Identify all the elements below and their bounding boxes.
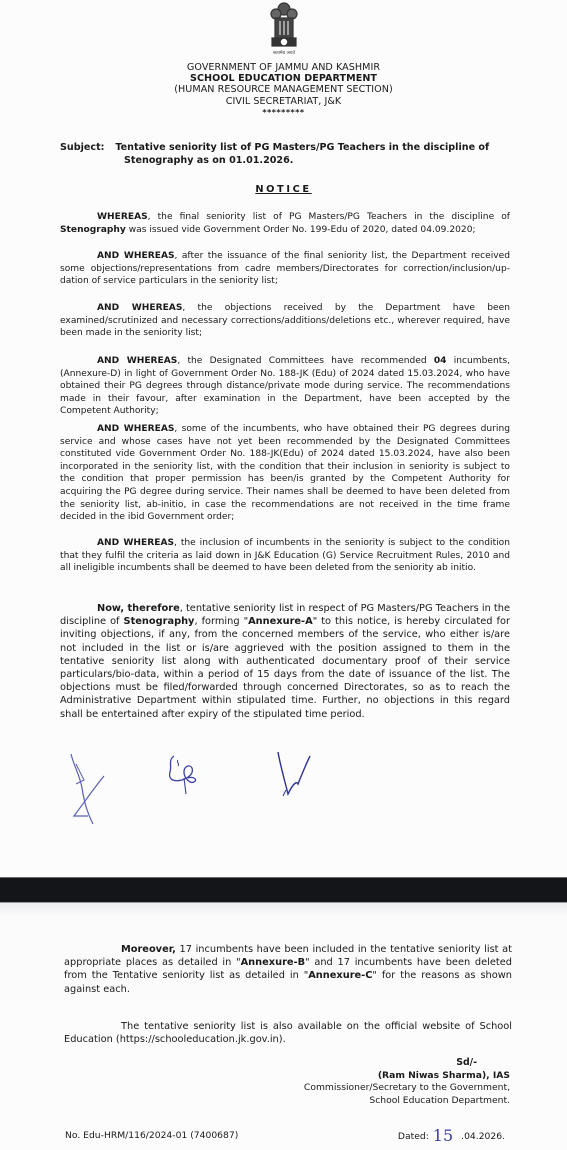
document-page-1: सत्यमेव जयते GOVERNMENT OF JAMMU AND KAS… xyxy=(0,0,567,877)
paragraph-moreover: Moreover, 17 incumbents have been includ… xyxy=(64,943,512,996)
paragraph-whereas-6: AND WHEREAS, the inclusion of incumbents… xyxy=(60,537,510,575)
subject-line: Subject: Tentative seniority list of PG … xyxy=(60,141,512,167)
handwritten-day: 15 xyxy=(433,1126,453,1145)
paragraph-now-therefore: Now, therefore, tentative seniority list… xyxy=(60,602,510,721)
svg-text:सत्यमेव जयते: सत्यमेव जयते xyxy=(273,49,296,56)
notice-title: NOTICE xyxy=(0,184,567,195)
office-location: CIVIL SECRETARIAT, J&K xyxy=(0,96,567,107)
signatory-name: (Ram Niwas Sharma), IAS xyxy=(304,1070,510,1082)
paragraph-whereas-5: AND WHEREAS, some of the incumbents, who… xyxy=(60,423,510,524)
section-name: (HUMAN RESOURCE MANAGEMENT SECTION) xyxy=(0,84,567,95)
signatory-designation-2: School Education Department. xyxy=(304,1095,510,1107)
header-separator: ********* xyxy=(0,107,567,118)
paragraph-whereas-3: AND WHEREAS, the objections received by … xyxy=(60,302,510,340)
paragraph-whereas-1: WHEREAS, the final seniority list of PG … xyxy=(60,211,510,236)
paragraph-whereas-4: AND WHEREAS, the Designated Committees h… xyxy=(60,355,510,418)
subject-text-2: Stenography as on 01.01.2026. xyxy=(60,154,512,167)
letterhead: GOVERNMENT OF JAMMU AND KASHMIR SCHOOL E… xyxy=(0,62,567,118)
paragraph-website: The tentative seniority list is also ava… xyxy=(64,1020,512,1046)
initial-signature-1 xyxy=(66,752,116,828)
document-page-2: Moreover, 17 incumbents have been includ… xyxy=(0,903,567,1150)
order-date: Dated:15.04.2026. xyxy=(398,1126,505,1145)
government-name: GOVERNMENT OF JAMMU AND KASHMIR xyxy=(0,62,567,73)
month-year: .04.2026. xyxy=(461,1131,505,1142)
initial-signature-3 xyxy=(274,750,324,800)
subject-text-1: Tentative seniority list of PG Masters/P… xyxy=(115,142,489,153)
national-emblem-icon: सत्यमेव जयते xyxy=(264,1,304,57)
signed-mark: Sd/- xyxy=(456,1057,477,1068)
initial-signature-2 xyxy=(164,754,214,804)
paragraph-whereas-2: AND WHEREAS, after the issuance of the f… xyxy=(60,250,510,288)
signatory-designation-1: Commissioner/Secretary to the Government… xyxy=(304,1082,510,1094)
department-name: SCHOOL EDUCATION DEPARTMENT xyxy=(0,73,567,84)
order-number: No. Edu-HRM/116/2024-01 (7400687) xyxy=(65,1130,238,1141)
subject-label: Subject: xyxy=(60,141,112,154)
page-separator-band xyxy=(0,877,567,903)
dated-label: Dated: xyxy=(398,1131,429,1142)
signatory-block: (Ram Niwas Sharma), IAS Commissioner/Sec… xyxy=(304,1070,510,1107)
